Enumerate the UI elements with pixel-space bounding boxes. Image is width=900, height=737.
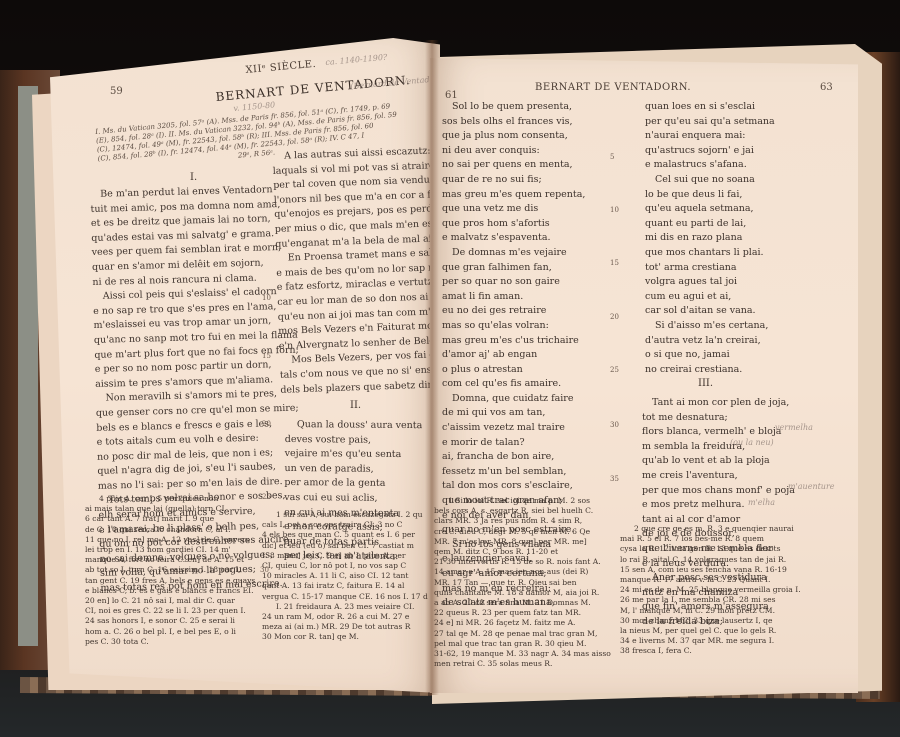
line-number: 10 (610, 206, 619, 214)
verse-line: qu'ab lo vent et ab la ploja (642, 454, 795, 469)
line-number: 10 (262, 294, 271, 302)
verse-line: d'autra vetz la'n creirai, (645, 334, 775, 349)
verse-line: mas greu m'es c'us trichaire (442, 334, 585, 349)
verse-line: eu no dei ges retraire (442, 304, 585, 319)
verse-line: Si d'aisso m'es certana, (645, 319, 775, 334)
verse-line: mi dis en razo plana (645, 231, 775, 246)
line-number: 30 (610, 421, 619, 429)
verse-line: vejaire m'es qu'eu senta (285, 447, 422, 463)
verse-line: ni deu aver conquis: (442, 144, 585, 159)
verse-line: o plus o atrestan (442, 363, 585, 378)
verse-line: quar de re no sui fis; (442, 173, 585, 188)
verse-line: tot' arma crestiana (645, 261, 775, 276)
handwritten-note: ~ (750, 456, 757, 465)
section-heading-iii: III. (698, 378, 713, 389)
left-page: 59 XIIᵉ SIÈCLE. ca. 1140-1190? BERNART D… (50, 38, 440, 693)
verse-line: lo be que deus li fai, (645, 188, 775, 203)
verse-line: d'amor aj' ab engan (442, 348, 585, 363)
verse-line: volgra agues tal joi (645, 275, 775, 290)
verse-line: cum eu agui et ai, (645, 290, 775, 305)
verse-line: c'aissim vezetz mal traire (442, 421, 585, 436)
section-heading-i: I. (190, 172, 197, 183)
variant-readings-right-2: 2 que cre qe es m. R. 3 e quenqier naura… (620, 524, 801, 657)
line-number: 15 (262, 352, 271, 360)
right-page: 61 BERNART DE VENTADORN. 63 Sol lo be qu… (430, 58, 858, 693)
verse-line: per que mos chans monf' e poja (642, 484, 795, 499)
right-page-number: 63 (820, 82, 833, 93)
verse-line: un ven de paradis, (284, 462, 421, 478)
verse-line: me creis l'aventura, (642, 469, 795, 484)
line-number: 20 (262, 420, 271, 428)
book-gutter (425, 40, 439, 695)
verse-line: Domna, que cuidatz faire (442, 392, 585, 407)
verse-line: tot me desnatura; (642, 411, 795, 426)
verse-line: que una vetz me dis (442, 202, 585, 217)
verse-line: Quan la douss' aura venta (285, 418, 422, 434)
verse-line: e malvatz s'espaventa. (442, 231, 585, 246)
verse-line: que gran falhimen fan, (442, 261, 585, 276)
handwritten-note: (ou la neu) (730, 438, 774, 447)
handwritten-note: m'auenture (788, 482, 835, 491)
verse-line: de mi qui vos am tan, (442, 406, 585, 421)
verse-line: sos bels olhs el frances vis, (442, 115, 585, 130)
left-page-number: 59 (110, 86, 123, 97)
handwritten-note: m'elha (748, 498, 775, 507)
verse-line: Tant ai mon cor plen de joja, (642, 396, 795, 411)
verse-line: quant eu parti de lai, (645, 217, 775, 232)
variant-readings-right-1: 1 Si lo ioi R. sel ioi qe ma p. M. 2 sos… (434, 496, 611, 669)
right-running-head: BERNART DE VENTADORN. (535, 82, 691, 93)
line-number: 25 (610, 366, 619, 374)
verse-line: o si que no, jamai (645, 348, 775, 363)
line-number: 35 (610, 475, 619, 483)
line-number: 15 (610, 259, 619, 267)
verse-line: qu'eu aquela setmana, (645, 202, 775, 217)
verse-line: qu'astrucs sojorn' e jai (645, 144, 775, 159)
left-author-heading: BERNART DE VENTADORN. (215, 73, 411, 104)
verse-line: deves vostre pais, (285, 433, 422, 449)
section-heading-ii: II. (350, 400, 361, 411)
variant-readings-left-2: 1 sui sai A, sui hom escazegatz I. 2 qu … (262, 510, 428, 643)
verse-line: mas greu m'es quem repenta, (442, 188, 585, 203)
verse-line: per amor de la genta (284, 476, 421, 492)
line-number: 20 (610, 313, 619, 321)
verse-line: car sol d'aitan se vana. (645, 304, 775, 319)
verse-line: Sol lo be quem presenta, (442, 100, 585, 115)
verse-line: e malastrucs s'afana. (645, 158, 775, 173)
line-number: 25 (262, 493, 271, 501)
verse-line: no sai per quens en menta, (442, 158, 585, 173)
verse-line: Cel sui que no soana (645, 173, 775, 188)
left-running-head: XIIᵉ SIÈCLE. (245, 59, 317, 76)
line-number: 5 (610, 153, 614, 161)
verse-line: mas so qu'elas volran: (442, 319, 585, 334)
verse-line: quan loes en si s'esclai (645, 100, 775, 115)
verse-line: ai, francha de bon aire, (442, 450, 585, 465)
poem-column-right-2: quan loes en si s'esclai per qu'eu sai q… (645, 100, 775, 377)
verse-line: tal don mos cors s'esclaire, (442, 479, 585, 494)
verse-line: amat li fin aman. (442, 290, 585, 305)
verse-line: que mos chantars li plai. (645, 246, 775, 261)
verse-line: vas cui eu sui aclis, (284, 491, 421, 507)
handwritten-note: vermelha (775, 423, 813, 432)
verse-line: per qu'eu sai qu'a setmana (645, 115, 775, 130)
variant-readings-left-1: 4 pois A, car I. 5 per quieu non ai mais… (85, 494, 255, 647)
verse-line: no creirai crestiana. (645, 363, 775, 378)
verse-line: e morir de talan? (442, 436, 585, 451)
verse-line: que ja plus nom consenta, (442, 129, 585, 144)
verse-line: com cel qu'es fis amaire. (442, 377, 585, 392)
handwritten-note: v. 1150-80 (233, 100, 276, 113)
verse-line: fessetz m'un bel semblan, (442, 465, 585, 480)
verse-line: per so quar no son gaire (442, 275, 585, 290)
verse-line: n'aurai enquera mai: (645, 129, 775, 144)
poem-column-left-2: A las autras sui aissi escazutz: laquals… (272, 142, 440, 397)
handwritten-note: ca. 1140-1190? (325, 53, 388, 67)
verse-line: que pros hom s'afortis (442, 217, 585, 232)
verse-line: De domnas m'es vejaire (442, 246, 585, 261)
